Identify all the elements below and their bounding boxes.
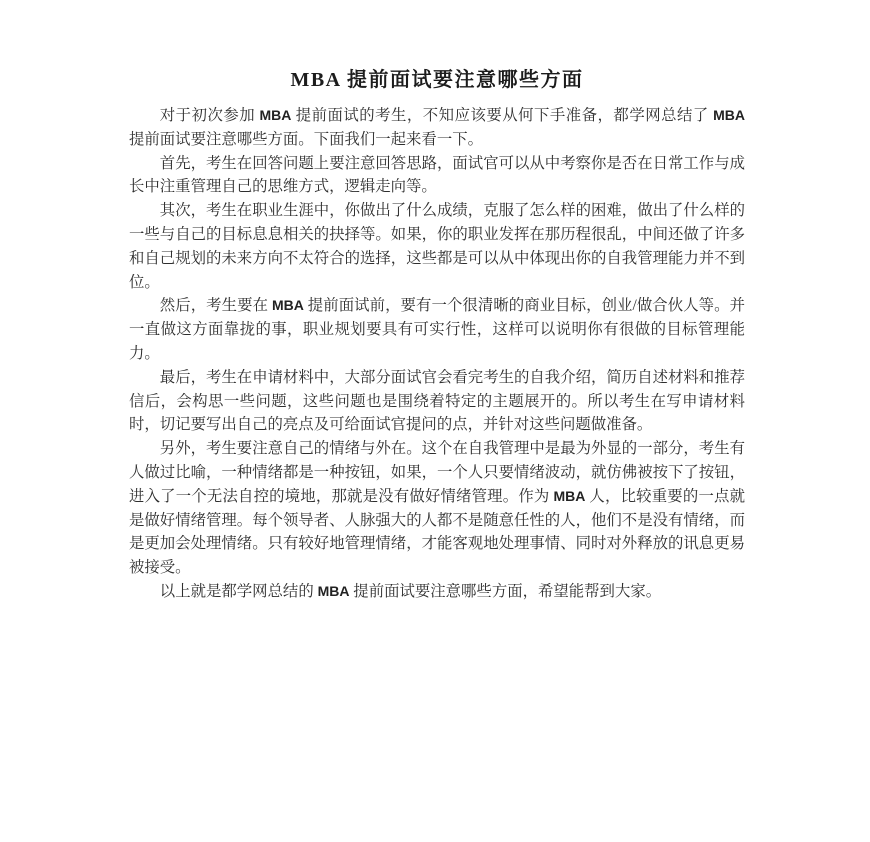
bold-text-segment: MBA: [259, 107, 291, 123]
text-segment: 然后，考生要在: [160, 297, 272, 314]
text-segment: 其次，考生在职业生涯中，你做出了什么成绩，克服了怎么样的困难，做出了什么样的一些…: [129, 202, 745, 290]
text-segment: 提前面试要注意哪些方面，希望能帮到大家。: [349, 583, 661, 600]
paragraph: 以上就是都学网总结的 MBA 提前面试要注意哪些方面，希望能帮到大家。: [129, 580, 745, 604]
text-segment: 最后，考生在申请材料中，大部分面试官会看完考生的自我介绍，简历自述材料和推荐信后…: [129, 369, 745, 434]
bold-text-segment: MBA: [272, 297, 304, 313]
text-segment: 提前面试的考生，不知应该要从何下手准备，都学网总结了: [291, 107, 713, 124]
document-content: MBA 提前面试要注意哪些方面 对于初次参加 MBA 提前面试的考生，不知应该要…: [129, 66, 745, 604]
text-segment: 对于初次参加: [160, 107, 260, 124]
bold-text-segment: MBA: [554, 488, 586, 504]
text-segment: 首先，考生在回答问题上要注意回答思路，面试官可以从中考察你是否在日常工作与成长中…: [129, 155, 745, 196]
text-segment: 提前面试要注意哪些方面。下面我们一起来看一下。: [129, 131, 483, 148]
text-segment: 以上就是都学网总结的: [160, 583, 318, 600]
paragraph: 最后，考生在申请材料中，大部分面试官会看完考生的自我介绍，简历自述材料和推荐信后…: [129, 366, 745, 437]
document-body: 对于初次参加 MBA 提前面试的考生，不知应该要从何下手准备，都学网总结了 MB…: [129, 104, 745, 604]
paragraph: 首先，考生在回答问题上要注意回答思路，面试官可以从中考察你是否在日常工作与成长中…: [129, 152, 745, 200]
document-page: MBA 提前面试要注意哪些方面 对于初次参加 MBA 提前面试的考生，不知应该要…: [0, 0, 870, 842]
paragraph: 然后，考生要在 MBA 提前面试前，要有一个很清晰的商业目标，创业/做合伙人等。…: [129, 294, 745, 365]
bold-text-segment: MBA: [318, 583, 350, 599]
paragraph: 其次，考生在职业生涯中，你做出了什么成绩，克服了怎么样的困难，做出了什么样的一些…: [129, 199, 745, 294]
bold-text-segment: MBA: [713, 107, 745, 123]
paragraph: 另外，考生要注意自己的情绪与外在。这个在自我管理中是最为外显的一部分，考生有人做…: [129, 437, 745, 580]
document-title: MBA 提前面试要注意哪些方面: [129, 66, 745, 94]
paragraph: 对于初次参加 MBA 提前面试的考生，不知应该要从何下手准备，都学网总结了 MB…: [129, 104, 745, 152]
